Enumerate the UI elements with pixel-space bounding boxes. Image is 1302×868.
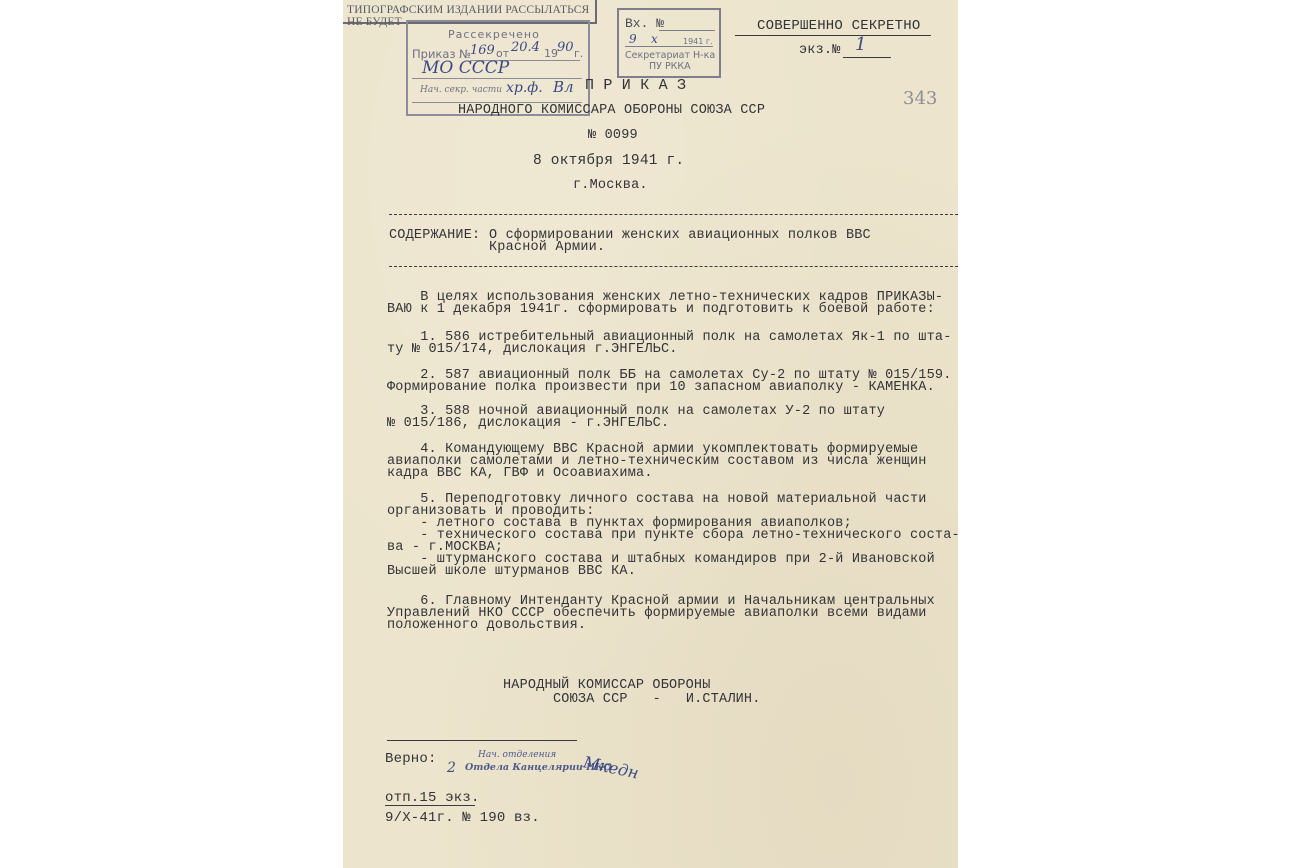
- classification-label: СОВЕРШЕННО СЕКРЕТНО: [757, 20, 920, 32]
- incoming-month: х: [651, 32, 658, 46]
- item-3-line2: № 015/186, дислокация - г.ЭНГЕЛЬС.: [387, 418, 669, 430]
- copy-label: экз.№: [799, 45, 841, 57]
- item-4-line3: кадра ВВС КА, ГВФ и Осоавиахима.: [387, 468, 653, 480]
- copies-count: отп.15 экз.: [385, 792, 480, 804]
- archive-page-number: 343: [903, 88, 937, 109]
- summary-line2: Красной Армии.: [489, 242, 605, 254]
- intro-line2: ВАЮ к 1 декабря 1941г. сформировать и по…: [387, 304, 935, 316]
- registry-reference: 9/Х-41г. № 190 вз.: [385, 812, 540, 824]
- item-2-line2: Формирование полка произвести при 10 зап…: [387, 382, 935, 394]
- signature-line2: СОЮЗА ССР - И.СТАЛИН.: [553, 694, 761, 706]
- incoming-line2: ПУ РККА: [649, 61, 691, 72]
- declassified-chief-signature: Вл: [553, 78, 574, 96]
- document-page: ТИПОГРАФСКИМ ИЗДАНИИ РАССЫЛАТЬСЯ НЕ БУДЕ…: [343, 0, 958, 868]
- verifier-signature: Мкедн: [582, 752, 641, 782]
- order-number: № 0099: [588, 130, 638, 142]
- order-date: 8 октября 1941 г.: [533, 155, 684, 167]
- item-1-line2: ту № 015/174, дислокация г.ЭНГЕЛЬС.: [387, 344, 678, 356]
- declassified-year-prefix: 19: [544, 47, 558, 60]
- incoming-day: 9: [629, 32, 637, 46]
- item-6-line3: положенного довольствия.: [387, 620, 586, 632]
- document-title: П Р И К А З: [585, 80, 686, 92]
- summary-label: СОДЕРЖАНИЕ:: [389, 230, 480, 242]
- declassified-year-suffix: г.: [574, 47, 583, 60]
- verifier-department-digit: 2: [447, 760, 456, 776]
- incoming-year: 1941 г.: [683, 37, 713, 46]
- declassified-year: 90: [557, 40, 574, 55]
- declassified-authority: МО СССР: [422, 58, 509, 78]
- verifier-title-line1: Нач. отделения: [478, 750, 556, 760]
- item-5-line7: Высшей школе штурманов ВВС КА.: [387, 566, 636, 578]
- order-place: г.Москва.: [573, 180, 648, 192]
- signature-line1: НАРОДНЫЙ КОМИССАР ОБОРОНЫ: [503, 680, 711, 692]
- declassified-chief-label: Нач. секр. части: [420, 85, 502, 95]
- copy-number: 1: [855, 34, 866, 55]
- verified-label: Верно:: [385, 753, 437, 765]
- declassified-date: 20.4: [511, 40, 540, 55]
- issuer: НАРОДНОГО КОМИССАРА ОБОРОНЫ СОЮЗА ССР: [458, 105, 765, 117]
- declassified-chief-value: хр.ф.: [506, 80, 543, 96]
- declassified-order-no: 169: [470, 43, 495, 58]
- declassified-stamp: Рассекречено Приказ № 169 от 20.4 19 90 …: [406, 20, 590, 116]
- incoming-line1: Секретариат Н-ка: [625, 50, 715, 61]
- incoming-label: Вх. №: [625, 16, 664, 31]
- incoming-stamp: Вх. № 9 х 1941 г. Секретариат Н-ка ПУ РК…: [617, 8, 721, 78]
